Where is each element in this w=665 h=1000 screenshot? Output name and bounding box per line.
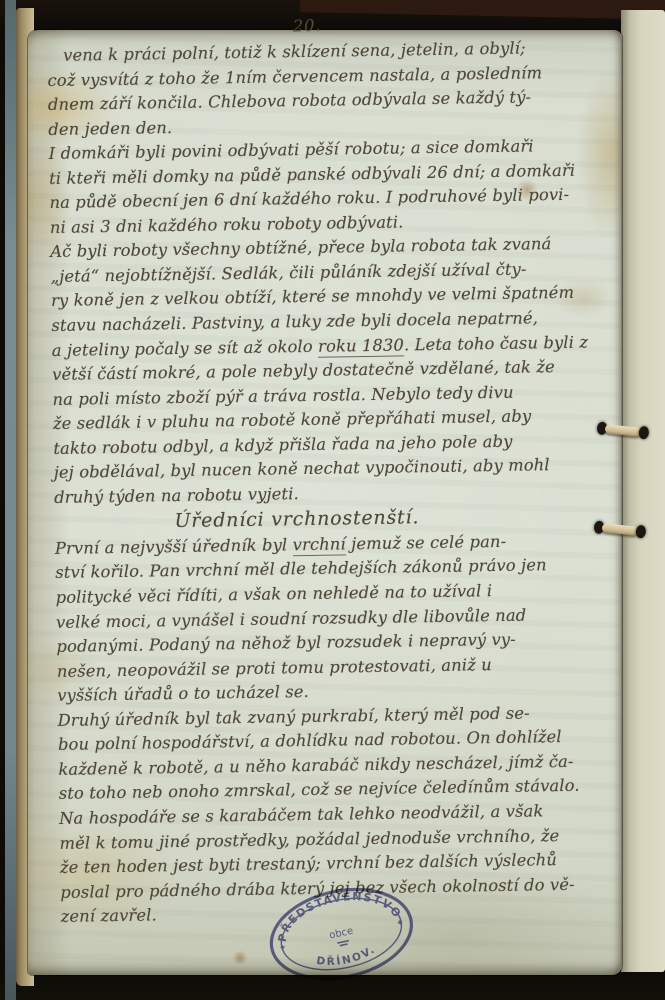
manuscript-text: vena k práci polní, totiž k sklízení sen… [47, 35, 636, 930]
stamp-ornament [337, 941, 349, 946]
book-spine-top [300, 0, 665, 20]
underlined-word: roku 1830 [318, 335, 404, 357]
book-scan: 20. vena k práci polní, totiž k sklízení… [0, 0, 665, 1000]
page-number: 20. [293, 16, 322, 36]
stitch-hole [635, 524, 646, 538]
stamp-text-middle: obce [328, 926, 354, 942]
stamp-star-left: ✦ [278, 943, 288, 954]
stitch-thread [605, 424, 642, 437]
stamp-star-right: ✦ [396, 918, 406, 929]
stitch-hole [638, 425, 649, 439]
book-cover-edge [5, 0, 16, 1000]
underlined-word: vrchní [293, 534, 347, 556]
stitch-thread [602, 523, 639, 536]
